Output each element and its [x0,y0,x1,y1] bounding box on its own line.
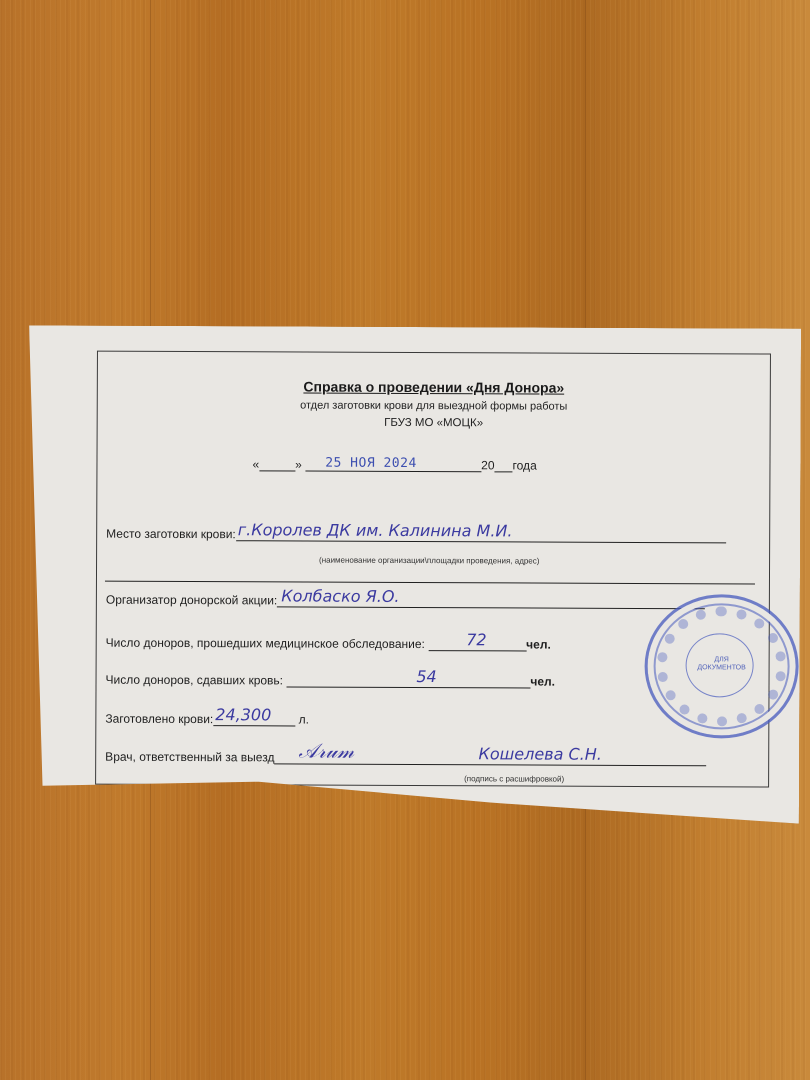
donated-value: 54 [416,667,436,686]
doctor-field: 𝒜𝓇𝓊𝓂 Кошелева С.Н. [274,745,706,766]
organizer-row: Организатор донорской акции:Колбаско Я.О… [106,588,705,610]
year-prefix: 20 [481,458,494,472]
seal-center-line2: ДОКУМЕНТОВ [648,664,796,673]
location-row: Место заготовки крови:г.Королев ДК им. К… [106,522,726,544]
blood-collected-value: 24,300 [215,705,271,724]
doctor-row: Врач, ответственный за выезд 𝒜𝓇𝓊𝓂 Кошеле… [105,745,706,767]
doctor-caption: (подпись с расшифровкой) [464,774,564,783]
location-second-line [105,581,755,585]
document-title: Справка о проведении «Дня Донора» [98,378,770,397]
blood-collected-label: Заготовлено крови: [105,712,213,726]
day-blank [259,456,295,471]
location-value: г.Королев ДК им. Калинина М.И. [238,520,513,540]
location-field: г.Королев ДК им. Калинина М.И. [236,522,726,543]
document-frame: Справка о проведении «Дня Донора» отдел … [95,351,771,788]
blood-collected-field: 24,300 [213,707,295,726]
date-stamp: 25 НОЯ 2024 [325,456,417,471]
donated-unit: чел. [530,675,555,689]
donated-label: Число доноров, сдавших кровь: [106,673,284,688]
year-suffix: года [513,458,537,472]
year-blank [495,457,513,472]
doctor-name: Кошелева С.Н. [478,744,601,764]
doctor-label: Врач, ответственный за выезд [105,750,274,765]
organizer-label: Организатор донорской акции: [106,593,277,608]
location-label: Место заготовки крови: [106,527,236,542]
location-caption: (наименование организации\площадки прове… [319,556,539,566]
examined-row: Число доноров, прошедших медицинское обс… [106,631,551,652]
donated-row: Число доноров, сдавших кровь: 54чел. [106,668,556,689]
examined-unit: чел. [526,637,551,651]
organizer-field: Колбаско Я.О. [277,588,705,609]
donor-day-certificate: Справка о проведении «Дня Донора» отдел … [27,325,801,823]
month-blank: 25 НОЯ 2024 [305,453,481,473]
close-quote: » [295,457,302,471]
official-seal: ДЛЯ ДОКУМЕНТОВ [644,594,799,739]
organization-name: ГБУЗ МО «МОЦК» [98,416,770,431]
document-subtitle: отдел заготовки крови для выездной формы… [98,399,770,414]
examined-label: Число доноров, прошедших медицинское обс… [106,636,425,651]
blood-collected-row: Заготовлено крови:24,300 л. [105,707,309,727]
examined-field: 72 [428,632,526,651]
examined-value: 72 [466,630,486,649]
blood-collected-unit: л. [299,712,309,726]
doctor-signature: 𝒜𝓇𝓊𝓂 [298,738,354,762]
date-row: «» 25 НОЯ 2024 20года [252,452,536,472]
organizer-value: Колбаско Я.О. [281,586,399,606]
seal-center-text: ДЛЯ ДОКУМЕНТОВ [648,656,796,673]
donated-field: 54 [286,668,530,688]
